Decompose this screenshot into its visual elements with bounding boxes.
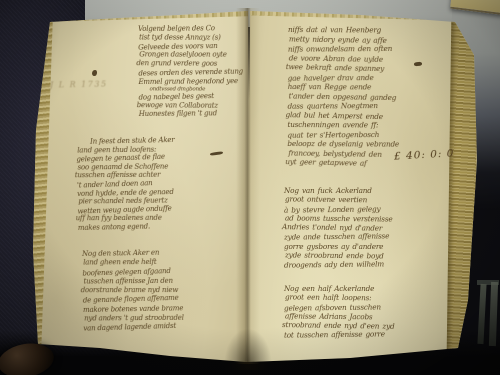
- handwriting-line: Volgend belgen des Co: [138, 24, 243, 34]
- ink-blot: [210, 151, 223, 156]
- text-block-right-1: niffs dat al van Heenbergmetty nidory ey…: [287, 25, 399, 168]
- left-page: une mag ont dunl se bedrese bedul ons se…: [30, 10, 252, 364]
- handwriting-line: niffs onwandelsam den often: [288, 44, 400, 54]
- handwriting-line: Emmel grund hegendond yee: [138, 77, 243, 87]
- fore-edge: [447, 16, 479, 354]
- gutter-bottom-shadow: [224, 328, 272, 370]
- handwriting-line: niffs dat al van Heenberg: [288, 25, 400, 35]
- faint-inscription: J L R 1735: [50, 79, 108, 89]
- text-block-left-3: Nog den stuck Aker enland gheen ende hel…: [82, 248, 184, 333]
- handwriting-line: uyt geer getapweve af: [285, 157, 397, 169]
- handwriting-line: makes antong egend.: [78, 222, 177, 233]
- handwriting-line: droogends ady den wilhelm: [284, 260, 392, 271]
- handwriting-line: Huonestes filgen 't gud: [139, 109, 244, 119]
- ink-blot: [92, 70, 97, 76]
- amount-total: £ 40: 0: 0: [394, 147, 455, 162]
- text-block-right-3: Nog een half Ackerlandegroot een halft l…: [284, 284, 396, 340]
- text-block-left-1: Volgend belgen des Cotist tyd desse Anna…: [138, 24, 243, 119]
- text-block-right-2: Nog van fuck Ackerlandgroot ontvene veer…: [284, 186, 392, 270]
- handwriting-line: tot tusschen affenisse gorre: [284, 330, 397, 341]
- book-gutter: [236, 8, 260, 364]
- handwriting-line: van dagend lagende amidst: [83, 322, 183, 334]
- handwriting-line: tuschenningen avende ff:: [287, 120, 399, 130]
- manuscript-photo: une mag ont dunl se bedrese bedul ons se…: [0, 0, 500, 375]
- text-block-left-2: In feest den stuk de Akerland geen thud …: [76, 136, 176, 233]
- ink-blot: [414, 62, 422, 67]
- right-page: 13 niffs dat al van Heenbergmetty nidory…: [246, 10, 480, 364]
- handwriting-line: beloopz de dyselanig vebrande: [287, 139, 399, 149]
- handwriting-line: haeff van Regge aende: [288, 82, 400, 92]
